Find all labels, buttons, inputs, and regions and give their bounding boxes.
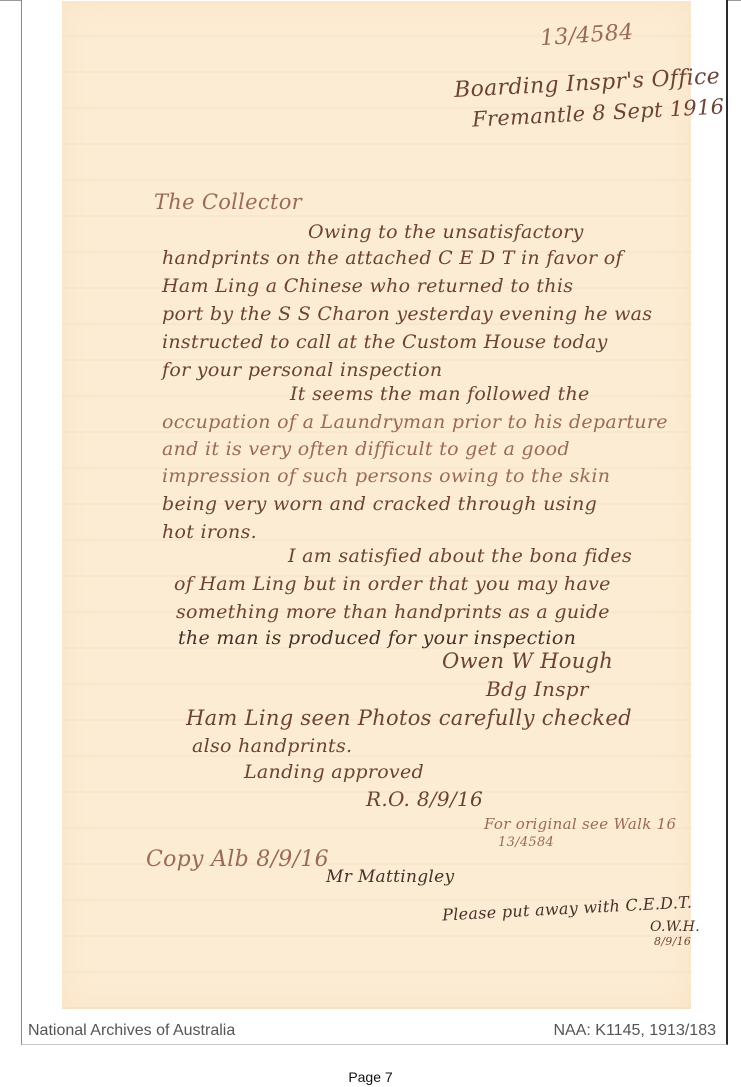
body-line: I am satisfied about the bona fides [288,543,632,569]
body-line: hot irons. [162,519,257,545]
body-line: of Ham Ling but in order that you may ha… [174,571,611,597]
body-line: impression of such persons owing to the … [162,463,610,489]
annotation-line: Ham Ling seen Photos carefully checked [186,705,632,731]
body-line: and it is very often difficult to get a … [162,436,570,462]
signature-title: Bdg Inspr [486,677,589,701]
copy-note: Copy Alb 8/9/16 [146,847,329,872]
body-line: handprints on the attached C E D T in fa… [162,245,623,271]
approval-initials: R.O. 8/9/16 [366,787,483,811]
body-line: instructed to call at the Custom House t… [162,329,608,355]
page-number: Page 7 [0,1069,741,1085]
body-line: Ham Ling a Chinese who returned to this [162,273,573,299]
signature-name: Owen W Hough [442,649,613,673]
file-initials: O.W.H. [650,919,700,935]
body-line: It seems the man followed the [290,381,590,407]
file-reference: 13/4584 [539,20,634,51]
file-date: 8/9/16 [654,935,691,948]
salutation: The Collector [154,189,302,215]
archive-name: National Archives of Australia [28,1022,235,1040]
archive-citation: NAA: K1145, 1913/183 [554,1022,717,1040]
body-line: the man is produced for your inspection [178,625,576,651]
letter-page: 13/4584 Boarding Inspr's Office Fremantl… [62,1,691,1009]
addressee: Mr Mattingley [326,867,454,887]
body-line: for your personal inspection [162,357,442,383]
body-line: being very worn and cracked through usin… [162,491,597,517]
annotation-line: Landing approved [244,759,424,785]
body-line: occupation of a Laundryman prior to his … [162,409,668,435]
body-line: port by the S S Charon yesterday evening… [162,301,652,327]
original-ref: 13/4584 [498,835,554,850]
annotation-line: also handprints. [192,733,352,759]
body-line: Owing to the unsatisfactory [308,219,584,245]
original-note: For original see Walk 16 [484,815,676,833]
body-line: something more than handprints as a guid… [176,599,610,625]
